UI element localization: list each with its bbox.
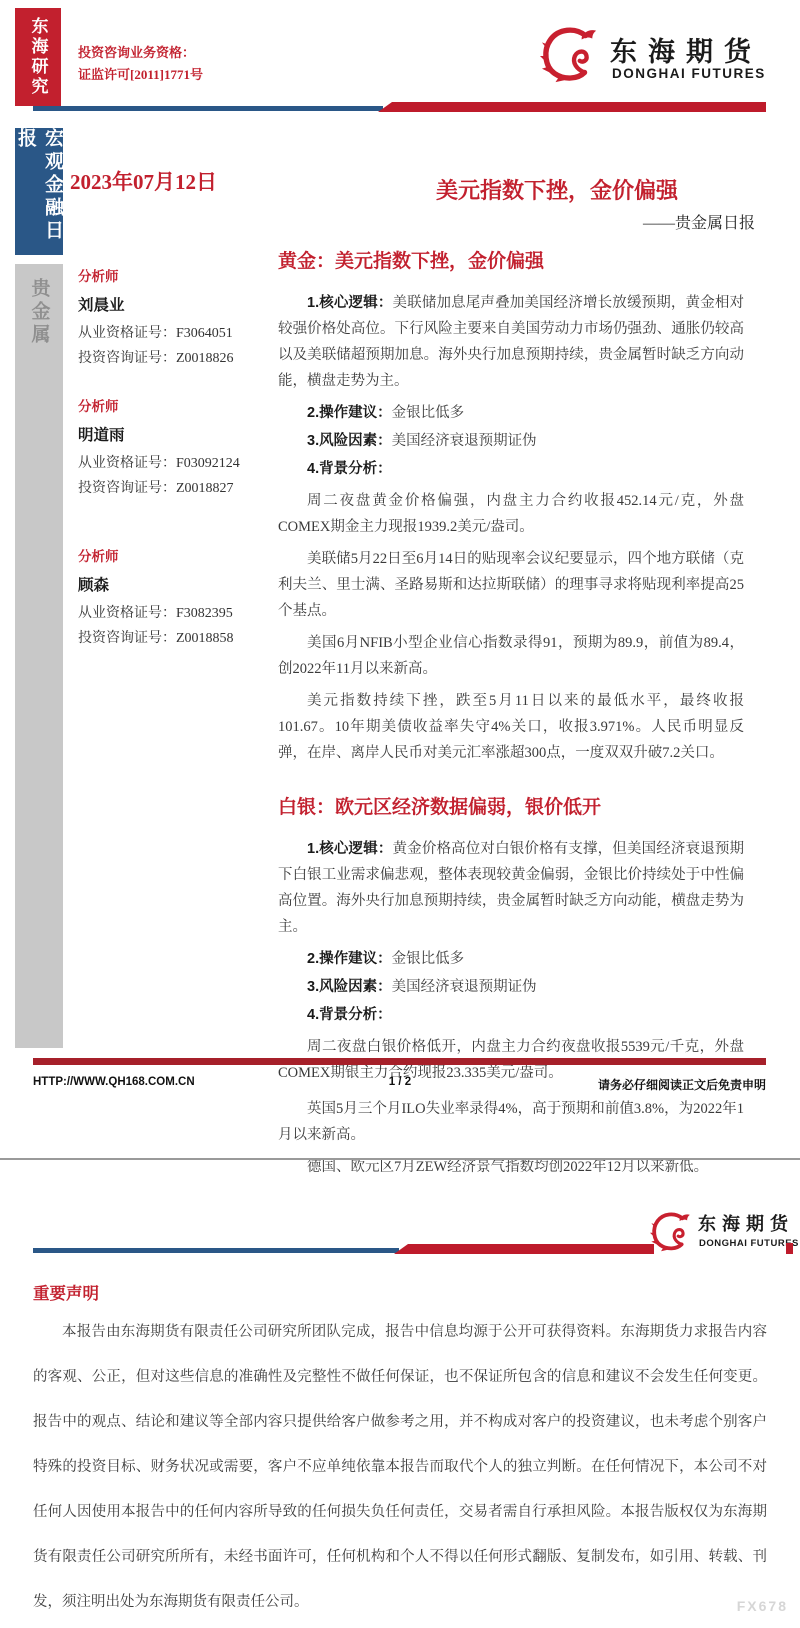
gold-para-text: 美国6月NFIB小型企业信心指数录得91，预期为89.9，前值为89.4，创20… [278,635,744,677]
fx678-watermark: FX678 [0,1598,788,1614]
page2-rule-blue [33,1248,399,1253]
report-body: 黄金：美元指数下挫，金价偏强 1.核心逻辑：美联储加息尾声叠加美国经济增长放缓预… [278,250,744,1186]
footer-disclaimer-note: 请务必仔细阅读正文后免责申明 [433,1076,766,1093]
analyst-cert1: 从业资格证号：F3082395 [78,601,263,626]
gold-para-text: 美联储5月22日至6月14日的贴现率会议纪要显示，四个地方联储（克利夫兰、里士满… [278,551,744,619]
gold-paragraph: 3.风险因素：美国经济衰退预期证伪 [278,428,744,454]
silver-para-text: 德国、欧元区7月ZEW经济景气指数均创2022年12月以来新低。 [307,1159,708,1175]
gold-paragraph: 周二夜盘黄金价格偏强，内盘主力合约收报452.14元/克，外盘COMEX期金主力… [278,488,744,540]
dragon-logo-icon [540,22,602,88]
analyst-cert1: 从业资格证号：F03092124 [78,451,263,476]
tab-precious-metals-label: 贵金属 [26,278,53,347]
gold-para-lead: 1.核心逻辑： [307,295,393,311]
analyst-role: 分析师 [78,265,263,285]
analyst-block: 分析师 明道雨 从业资格证号：F03092124 投资咨询证号：Z0018827 [78,395,263,501]
gold-para-text: 周二夜盘黄金价格偏强，内盘主力合约收报452.14元/克，外盘COMEX期金主力… [278,493,744,535]
silver-paragraph: 4.背景分析： [278,1002,744,1028]
report-title: 美元指数下挫，金价偏强 [436,174,746,205]
gold-paragraph: 4.背景分析： [278,456,744,482]
silver-paragraph: 1.核心逻辑：黄金价格高位对白银价格有支撑，但美国经济衰退预期下白银工业需求偏悲… [278,836,744,940]
research-brand-box: 东海研究 [15,8,61,106]
gold-paragraph: 美国6月NFIB小型企业信心指数录得91，预期为89.9，前值为89.4，创20… [278,630,744,682]
logo-english-name: DONGHAI FUTURES [699,1238,799,1249]
analyst-block: 分析师 顾森 从业资格证号：F3082395 投资咨询证号：Z0018858 [78,545,263,651]
silver-para-text: 英国5月三个月ILO失业率录得4%，高于预期和前值3.8%，为2022年1月以来… [278,1101,744,1143]
disclaimer-text: 本报告由东海期货有限责任公司研究所团队完成，报告中信息均源于公开可获得资料。东海… [33,1310,767,1625]
gold-para-text: 美国经济衰退预期证伪 [392,433,537,449]
important-statement-heading: 重要声明 [33,1280,99,1304]
page-divider [0,1158,800,1160]
silver-para-text: 美国经济衰退预期证伪 [392,979,537,995]
logo-english-name: DONGHAI FUTURES [612,66,766,81]
gold-paragraph: 2.操作建议：金银比低多 [278,400,744,426]
analyst-role: 分析师 [78,395,263,415]
logo-chinese-name: 东海期货 [610,30,762,69]
gold-paragraph: 1.核心逻辑：美联储加息尾声叠加美国经济增长放缓预期，黄金相对较强价格处高位。下… [278,290,744,394]
logo-red-square [786,1243,793,1254]
gold-paragraph: 美元指数持续下挫，跌至5月11日以来的最低水平，最终收报101.67。10年期美… [278,688,744,766]
silver-para-lead: 4.背景分析： [307,1007,392,1023]
research-brand-label: 东海研究 [26,17,51,97]
silver-paragraph: 2.操作建议：金银比低多 [278,946,744,972]
report-subtitle: ——贵金属日报 [540,210,755,233]
gold-para-text: 美元指数持续下挫，跌至5月11日以来的最低水平，最终收报101.67。10年期美… [278,693,744,761]
footer-rule [33,1058,766,1065]
silver-paragraph: 英国5月三个月ILO失业率录得4%，高于预期和前值3.8%，为2022年1月以来… [278,1096,744,1148]
page2-rule-red [394,1244,654,1254]
tab-macro-finance-daily: 宏观金融日报 [15,128,63,255]
analyst-cert2: 投资咨询证号：Z0018858 [78,626,263,651]
analyst-name: 顾森 [78,573,263,595]
logo-chinese-name: 东海期货 [698,1210,794,1236]
gold-para-lead: 2.操作建议： [307,405,392,421]
report-page: 东海研究 投资咨询业务资格： 证监许可[2011]1771号 东海期货 DONG… [0,0,800,1628]
tab-precious-metals: 贵金属 [15,264,63,1048]
header-rule-red [378,102,766,112]
analyst-name: 刘晨业 [78,293,263,315]
analyst-cert2: 投资咨询证号：Z0018826 [78,346,263,371]
silver-para-lead: 2.操作建议： [307,951,392,967]
gold-para-lead: 3.风险因素： [307,433,392,449]
dragon-logo-icon [650,1206,694,1258]
gold-section-heading: 黄金：美元指数下挫，金价偏强 [278,250,744,274]
tab-macro-finance-daily-label: 宏观金融日报 [12,128,66,255]
silver-section-heading: 白银：欧元区经济数据偏弱，银价低开 [278,796,744,820]
qualification-text: 投资咨询业务资格： 证监许可[2011]1771号 [78,42,203,86]
header-rule-blue [33,106,383,111]
gold-para-text: 金银比低多 [392,405,465,421]
analyst-name: 明道雨 [78,423,263,445]
silver-para-text: 金银比低多 [392,951,465,967]
analyst-cert2: 投资咨询证号：Z0018827 [78,476,263,501]
analyst-block: 分析师 刘晨业 从业资格证号：F3064051 投资咨询证号：Z0018826 [78,265,263,371]
analyst-role: 分析师 [78,545,263,565]
gold-paragraph: 美联储5月22日至6月14日的贴现率会议纪要显示，四个地方联储（克利夫兰、里士满… [278,546,744,624]
report-date: 2023年07月12日 [70,166,217,196]
qualification-line2: 证监许可[2011]1771号 [78,64,203,86]
gold-para-lead: 4.背景分析： [307,461,392,477]
analyst-cert1: 从业资格证号：F3064051 [78,321,263,346]
qualification-line1: 投资咨询业务资格： [78,42,203,64]
silver-para-lead: 1.核心逻辑： [307,841,393,857]
silver-paragraph: 3.风险因素：美国经济衰退预期证伪 [278,974,744,1000]
silver-para-lead: 3.风险因素： [307,979,392,995]
